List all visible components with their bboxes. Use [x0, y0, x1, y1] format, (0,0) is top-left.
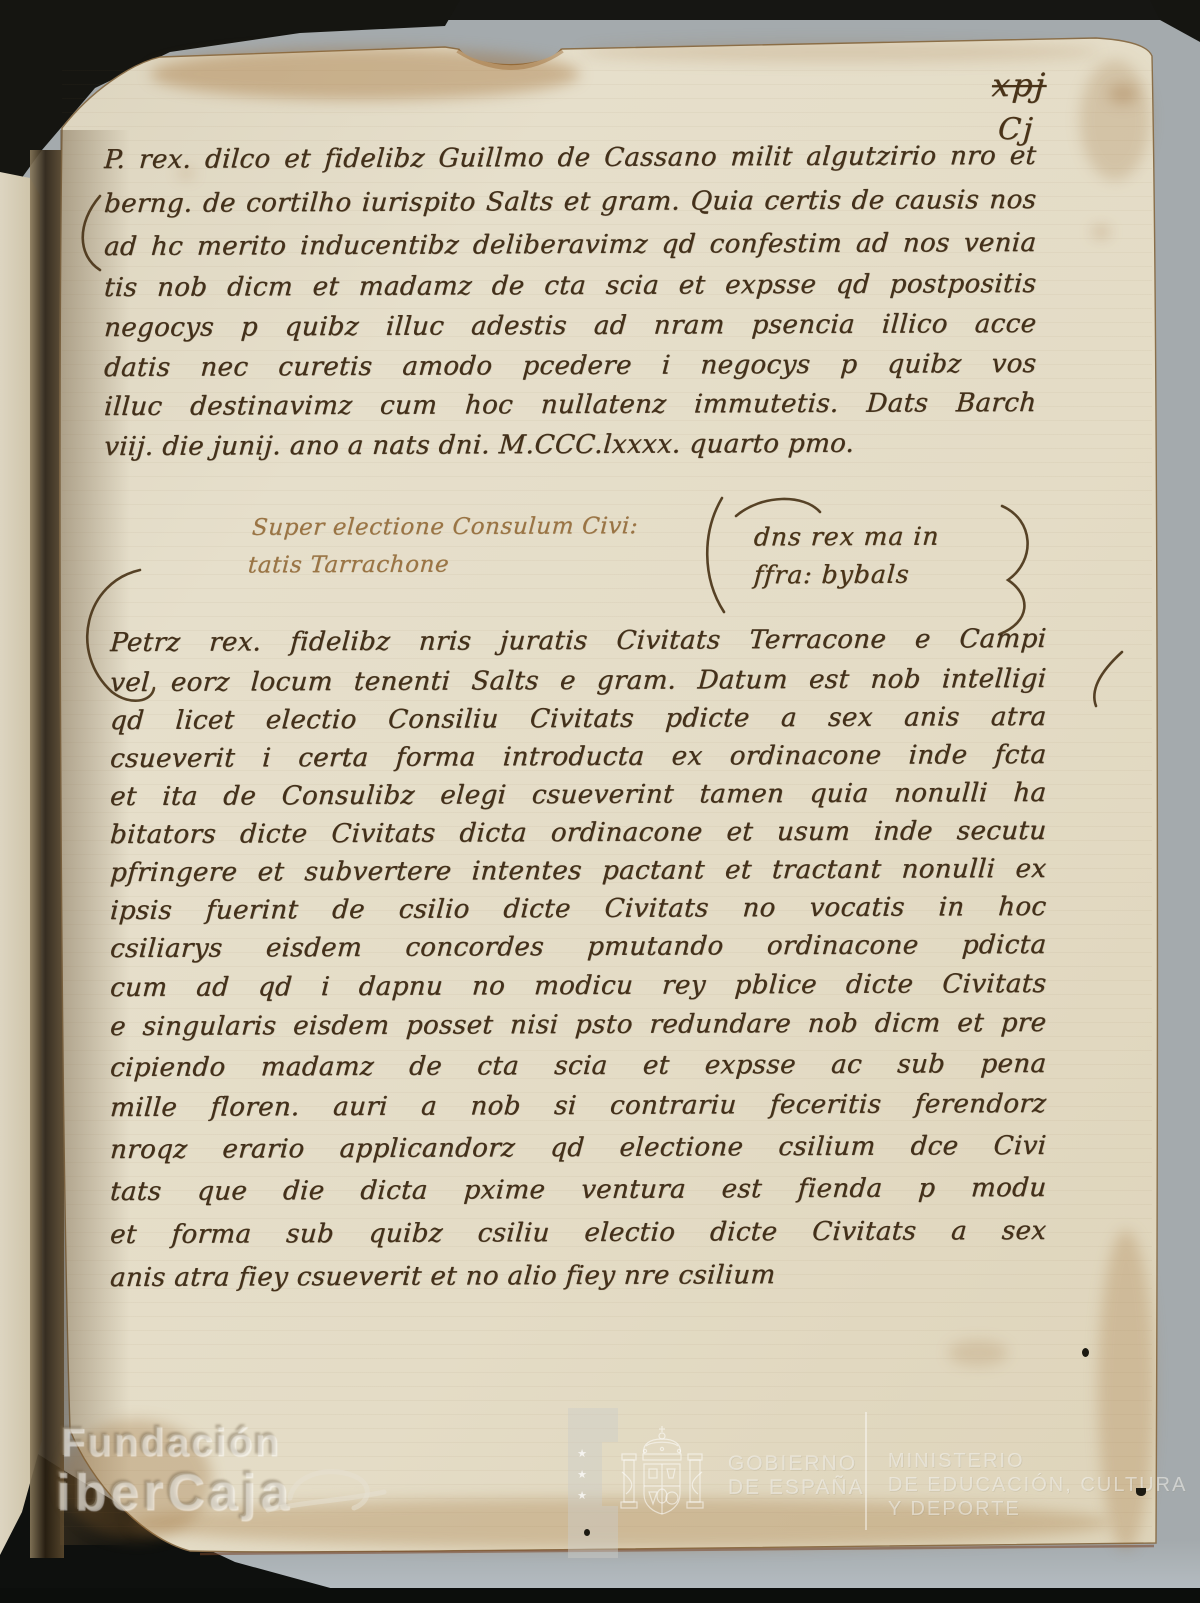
manuscript-line: mille floren. auri a nob si contrariu fe… — [109, 1091, 1048, 1129]
manuscript-line: csueverit i certa forma introducta ex or… — [109, 742, 1048, 780]
chancery-note-line: ffra: bybals — [753, 560, 911, 590]
page-top-notch — [458, 24, 562, 64]
manuscript-line: berng. de cortilho iurispito Salts et gr… — [103, 187, 1038, 225]
manuscript-line: Petrz rex. fidelibz nris juratis Civitat… — [109, 626, 1048, 664]
marginal-note-line: tatis Tarrachone — [247, 552, 450, 579]
ink-speck — [584, 1529, 590, 1536]
marginal-note-line: Super electione Consulum Civi: — [251, 513, 639, 541]
manuscript-line: cipiendo madamz de cta scia et expsse ac… — [109, 1051, 1048, 1089]
ink-speck — [1136, 1488, 1146, 1496]
manuscript-line: datis nec curetis amodo pcedere i negocy… — [103, 351, 1038, 389]
scanned-manuscript-photo: xpj Cj P. rex. dilco et fidelibz Guillmo… — [0, 0, 1200, 1603]
manuscript-line: qd licet electio Consiliu Civitats pdict… — [109, 704, 1048, 742]
manuscript-line: vel eorz locum tenenti Salts e gram. Dat… — [109, 666, 1048, 704]
manuscript-line: tis nob dicm et madamz de cta scia et ex… — [103, 271, 1038, 309]
manuscript-line: csiliarys eisdem concordes pmutando ordi… — [109, 932, 1048, 970]
manuscript-line: negocys p quibz illuc adestis ad nram ps… — [103, 311, 1038, 349]
manuscript-line: pfringere et subvertere intentes pactant… — [109, 856, 1048, 894]
chancery-note-line: dns rex ma in — [753, 522, 940, 552]
folio-mark: Cj — [997, 112, 1036, 147]
manuscript-line: illuc destinavimz cum hoc nullatenz immu… — [103, 390, 1038, 428]
manuscript-line: anis atra fiey csueverit et no alio fiey… — [109, 1261, 1048, 1299]
manuscript-line: e singularis eisdem posset nisi psto red… — [109, 1010, 1048, 1048]
manuscript-line: bitators dicte Civitats dicta ordinacone… — [109, 818, 1048, 856]
manuscript-line: cum ad qd i dapnu no modicu rey pblice d… — [109, 971, 1048, 1009]
gutter-shadow — [30, 150, 64, 1558]
folio-mark-crossed: xpj — [991, 66, 1048, 104]
manuscript-line: P. rex. dilco et fidelibz Guillmo de Cas… — [103, 143, 1038, 181]
manuscript-line: ad hc merito inducentibz deliberavimz qd… — [103, 230, 1038, 268]
manuscript-line: tats que die dicta pxime ventura est fie… — [109, 1175, 1048, 1213]
manuscript-line: et forma sub quibz csiliu electio dicte … — [109, 1218, 1048, 1256]
manuscript-line: viij. die junij. ano a nats dni. M.CCC.l… — [103, 430, 1038, 468]
manuscript-line: et ita de Consulibz elegi csueverint tam… — [109, 780, 1048, 818]
ink-speck — [1082, 1348, 1089, 1357]
manuscript-line: ipsis fuerint de csilio dicte Civitats n… — [109, 894, 1048, 932]
black-bottom-strip — [0, 1588, 1200, 1603]
manuscript-line: nroqz erario applicandorz qd electione c… — [109, 1133, 1048, 1171]
